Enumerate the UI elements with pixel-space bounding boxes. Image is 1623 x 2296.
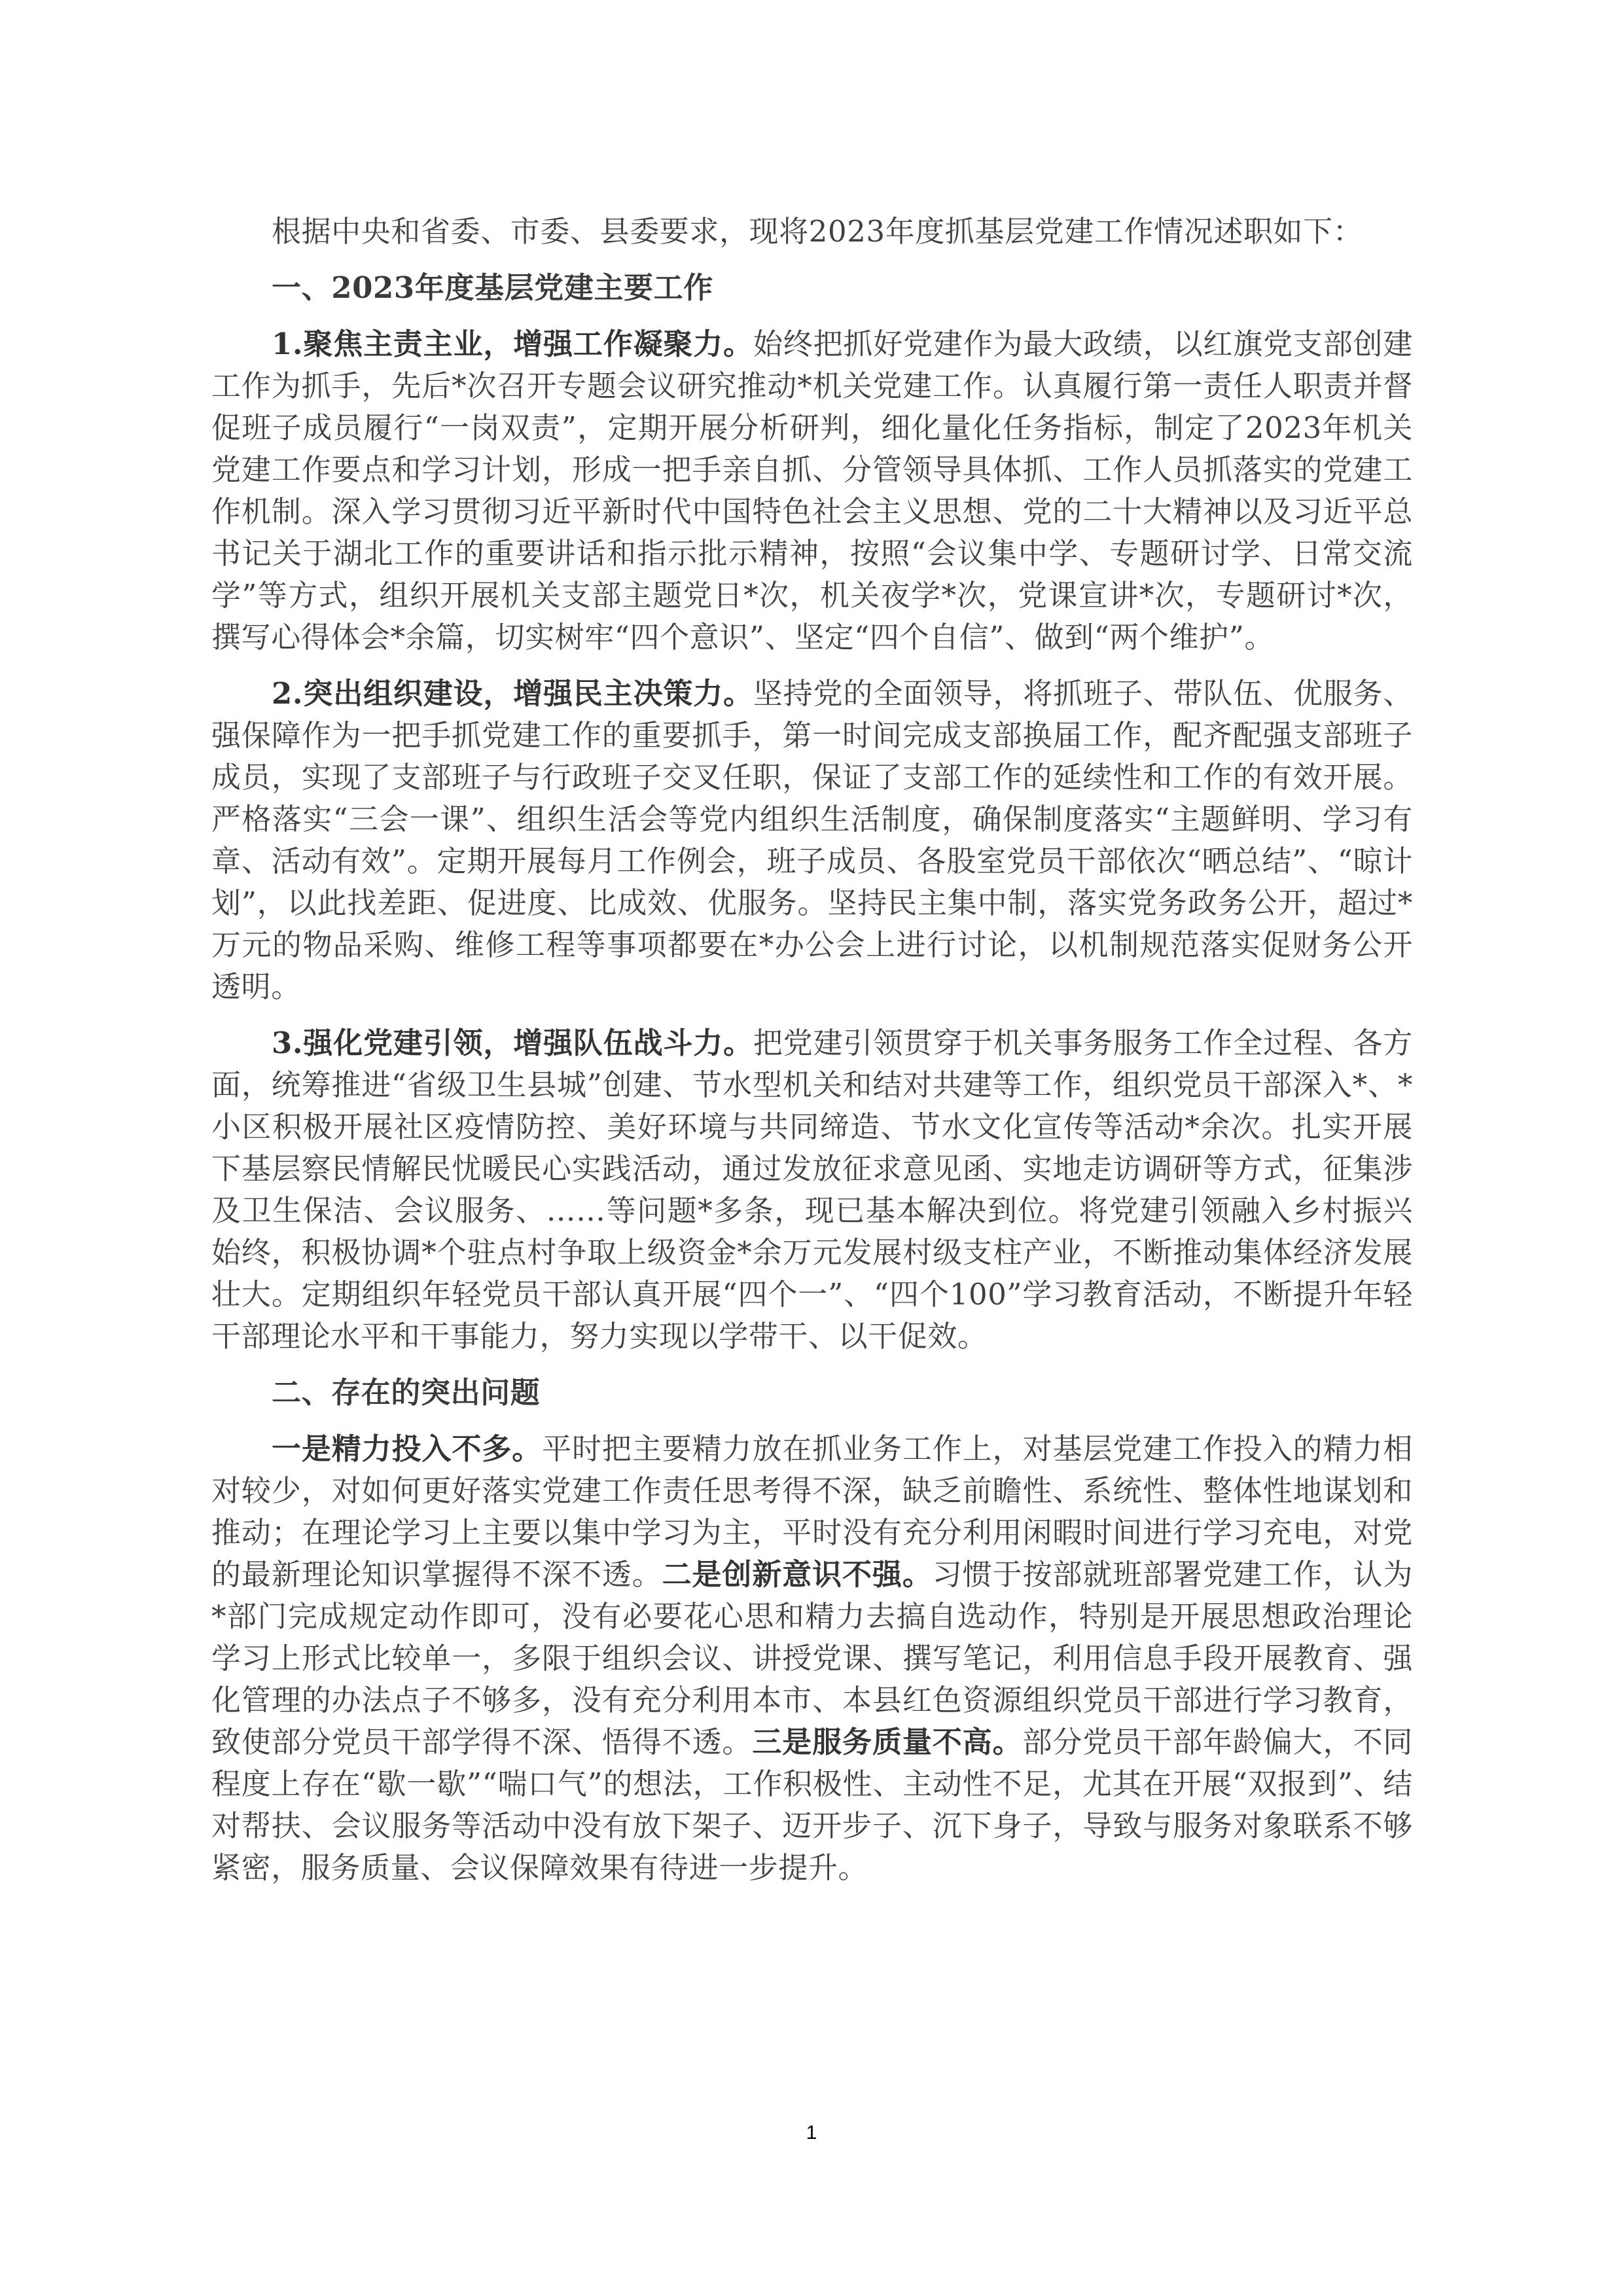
section-heading-2: 二、存在的突出问题 <box>211 1372 1413 1414</box>
document-body: 根据中央和省委、市委、县委要求，现将2023年度抓基层党建工作情况述职如下： 一… <box>211 211 1413 1903</box>
problem-1-lead-bold: 一是精力投入不多。 <box>272 1431 542 1466</box>
paragraph-text: 始终把抓好党建作为最大政绩，以红旗党支部创建工作为抓手，先后*次召开专题会议研究… <box>211 327 1413 655</box>
section-heading-1: 一、2023年度基层党建主要工作 <box>211 267 1413 309</box>
paragraph-text: 根据中央和省委、市委、县委要求，现将2023年度抓基层党建工作情况述职如下： <box>272 214 1363 249</box>
work-item-3-paragraph: 3.强化党建引领，增强队伍战斗力。把党建引领贯穿于机关事务服务工作全过程、各方面… <box>211 1022 1413 1357</box>
item-lead-bold: 2.突出组织建设，增强民主决策力。 <box>272 676 753 711</box>
heading-text: 二、存在的突出问题 <box>272 1375 540 1410</box>
page-number: 1 <box>0 2122 1623 2144</box>
item-lead-bold: 3.强化党建引领，增强队伍战斗力。 <box>272 1026 753 1060</box>
document-page: 根据中央和省委、市委、县委要求，现将2023年度抓基层党建工作情况述职如下： 一… <box>0 0 1623 2296</box>
problem-2-lead-bold: 二是创新意识不强。 <box>662 1557 933 1592</box>
heading-text: 一、2023年度基层党建主要工作 <box>272 270 713 305</box>
work-item-1-paragraph: 1.聚焦主责主业，增强工作凝聚力。始终把抓好党建作为最大政绩，以红旗党支部创建工… <box>211 323 1413 658</box>
paragraph-text: 把党建引领贯穿于机关事务服务工作全过程、各方面，统筹推进“省级卫生县城”创建、节… <box>211 1026 1413 1354</box>
intro-paragraph: 根据中央和省委、市委、县委要求，现将2023年度抓基层党建工作情况述职如下： <box>211 211 1413 253</box>
problem-3-lead-bold: 三是服务质量不高。 <box>752 1725 1022 1759</box>
item-lead-bold: 1.聚焦主责主业，增强工作凝聚力。 <box>272 327 753 361</box>
work-item-2-paragraph: 2.突出组织建设，增强民主决策力。坚持党的全面领导，将抓班子、带队伍、优服务、强… <box>211 673 1413 1008</box>
problems-paragraph: 一是精力投入不多。平时把主要精力放在抓业务工作上，对基层党建工作投入的精力相对较… <box>211 1428 1413 1889</box>
paragraph-text: 坚持党的全面领导，将抓班子、带队伍、优服务、强保障作为一把手抓党建工作的重要抓手… <box>211 676 1413 1004</box>
